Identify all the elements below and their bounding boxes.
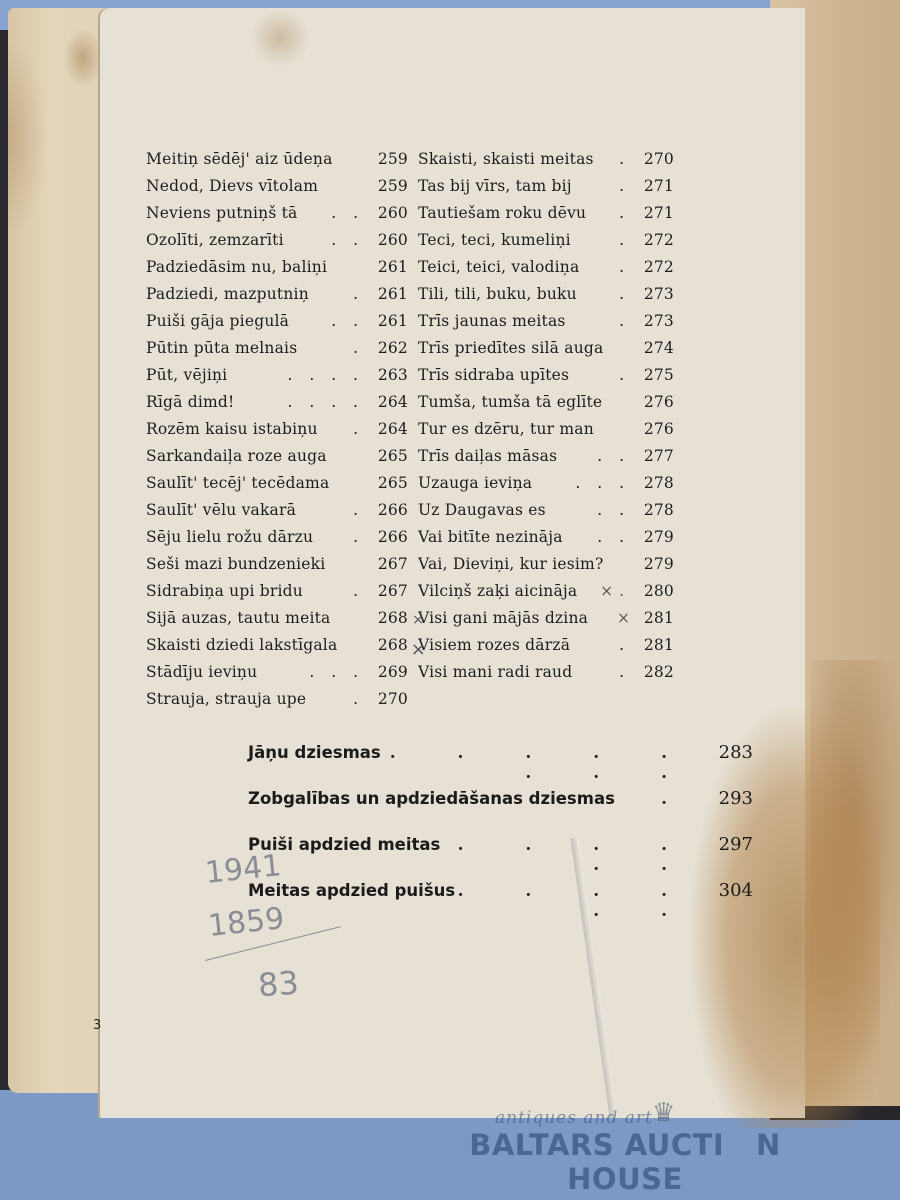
index-left-column: Meitiņ sēdēj' aiz ūdeņa259 Nedod, Dievs …: [146, 146, 408, 713]
entry-page: 265: [372, 443, 408, 470]
entry-page: 267: [372, 551, 408, 578]
index-entry: Trīs daiļas māsas. .277: [418, 443, 674, 470]
entry-page: 264: [372, 389, 408, 416]
entry-title: Trīs daiļas māsas: [418, 443, 589, 470]
index-entry: Sijā auzas, tautu meita268×: [146, 605, 408, 632]
entry-title: Uz Daugavas es: [418, 497, 589, 524]
entry-title: Padziedāsim nu, baliņi: [146, 254, 356, 281]
index-entry: Trīs jaunas meitas.273: [418, 308, 674, 335]
dot-leader: . .: [331, 227, 364, 254]
index-entry: Tumša, tumša tā eglīte276: [418, 389, 674, 416]
entry-page: 260: [372, 227, 408, 254]
entry-page: 279: [638, 551, 674, 578]
index-entry: Trīs sidraba upītes.275: [418, 362, 674, 389]
entry-page: 268: [372, 632, 408, 659]
entry-title: Tumša, tumša tā eglīte: [418, 389, 622, 416]
pencil-cross-mark: ×: [412, 607, 424, 634]
entry-title: Vai, Dieviņi, kur iesim?: [418, 551, 622, 578]
entry-title: Tur es dzēru, tur man: [418, 416, 622, 443]
entry-title: Sarkandaiļa roze auga: [146, 443, 356, 470]
entry-page: 267: [372, 578, 408, 605]
watermark-subtitle: antiques and art: [495, 1108, 653, 1128]
dot-leader: .: [619, 146, 630, 173]
entry-title: Tautiešam roku dēvu: [418, 200, 611, 227]
index-entry: Stādīju ieviņu. . .269: [146, 659, 408, 686]
index-entry: Vilciņš zaķi aicināja×.280: [418, 578, 674, 605]
index-entry: Vai bitīte nezināja. .279: [418, 524, 674, 551]
section-page: 304: [713, 880, 753, 901]
entry-title: Sijā auzas, tautu meita: [146, 605, 372, 632]
entry-page: 279: [638, 524, 674, 551]
dot-leader: .: [619, 362, 630, 389]
dot-leader: . .: [597, 443, 630, 470]
entry-page: 262: [372, 335, 408, 362]
entry-page: 264: [372, 416, 408, 443]
index-entry: Saulīt' tecēj' tecēdama265: [146, 470, 408, 497]
entry-page: 273: [638, 281, 674, 308]
index-entry: Sidrabiņa upi bridu.267: [146, 578, 408, 605]
entry-page: 272: [638, 254, 674, 281]
entry-title: Neviens putniņš tā: [146, 200, 323, 227]
entry-title: Padziedi, mazputniņ: [146, 281, 345, 308]
entry-title: Ozolīti, zemzarīti: [146, 227, 323, 254]
entry-page: 265: [372, 470, 408, 497]
entry-page: 278: [638, 470, 674, 497]
index-entry: Seši mazi bundzenieki267: [146, 551, 408, 578]
index-entry: Padziedāsim nu, baliņi261: [146, 254, 408, 281]
entry-page: 276: [638, 389, 674, 416]
index-entry: Skaisti, skaisti meitas.270: [418, 146, 674, 173]
index-entry: Rīgā dimd!. . . .264: [146, 389, 408, 416]
entry-page: 271: [638, 173, 674, 200]
dot-leader: . . . . . .: [440, 835, 713, 875]
index-entry: Tur es dzēru, tur man276: [418, 416, 674, 443]
section-entry: Puiši apdzied meitas. . . . . .297: [248, 834, 753, 880]
index-entry: Uz Daugavas es. .278: [418, 497, 674, 524]
entry-page: 272: [638, 227, 674, 254]
dot-leader: .: [353, 497, 364, 524]
entry-title: Vai bitīte nezināja: [418, 524, 589, 551]
entry-title: Vilciņš zaķi aicināja: [418, 578, 592, 605]
index-entry: Teci, teci, kumeliņi.272: [418, 227, 674, 254]
dot-leader: . . .: [309, 659, 364, 686]
section-entry: Zobgalības un apdziedāšanas dziesmas.293: [248, 788, 753, 834]
entry-title: Saulīt' vēlu vakarā: [146, 497, 345, 524]
entry-page: 273: [638, 308, 674, 335]
entry-page: 275: [638, 362, 674, 389]
index-entry: Rozēm kaisu istabiņu.264: [146, 416, 408, 443]
dot-leader: .: [619, 308, 630, 335]
dot-leader: . . . . . .: [455, 881, 713, 921]
entry-title: Pūtin pūta melnais: [146, 335, 345, 362]
index-right-column: Skaisti, skaisti meitas.270 Tas bij vīrs…: [418, 146, 674, 713]
section-page: 297: [713, 834, 753, 855]
entry-title: Teici, teici, valodiņa: [418, 254, 611, 281]
index-entry: Neviens putniņš tā. .260: [146, 200, 408, 227]
entry-page: 277: [638, 443, 674, 470]
section-title: Zobgalības un apdziedāšanas dziesmas: [248, 789, 615, 808]
dot-leader: . . . .: [288, 389, 365, 416]
section-index: Jāņu dziesmas. . . . . . . .283 Zobgalīb…: [248, 742, 753, 926]
entry-page: 270: [372, 686, 408, 713]
section-title: Jāņu dziesmas: [248, 743, 381, 762]
dot-leader: . .: [597, 524, 630, 551]
index-entry: Sēju lielu rožu dārzu.266: [146, 524, 408, 551]
entry-title: Visi gani mājās dzina: [418, 605, 615, 632]
entry-page: 270: [638, 146, 674, 173]
entry-page: 259: [372, 173, 408, 200]
entry-page: 263: [372, 362, 408, 389]
index-entry: Meitiņ sēdēj' aiz ūdeņa259: [146, 146, 408, 173]
entry-page: 278: [638, 497, 674, 524]
entry-page: 269: [372, 659, 408, 686]
index-entry: Nedod, Dievs vītolam259: [146, 173, 408, 200]
entry-title: Rīgā dimd!: [146, 389, 280, 416]
entry-page: 271: [638, 200, 674, 227]
section-page: 283: [713, 742, 753, 763]
crown-icon: ♛: [652, 1098, 675, 1128]
edge-page-number: 3: [93, 1018, 101, 1033]
pencil-note: 83: [257, 964, 300, 1005]
entry-title: Skaisti, skaisti meitas: [418, 146, 611, 173]
entry-title: Seši mazi bundzenieki: [146, 551, 356, 578]
entry-title: Sēju lielu rožu dārzu: [146, 524, 345, 551]
index-entry: Saulīt' vēlu vakarā.266: [146, 497, 408, 524]
entry-title: Trīs sidraba upītes: [418, 362, 611, 389]
entry-page: 281: [638, 632, 674, 659]
dot-leader: . . . . . . . .: [381, 743, 713, 783]
entry-title: Rozēm kaisu istabiņu: [146, 416, 345, 443]
index-entry: Sarkandaiļa roze auga265: [146, 443, 408, 470]
section-entry: Jāņu dziesmas. . . . . . . .283: [248, 742, 753, 788]
index-entry: Trīs priedītes silā auga274: [418, 335, 674, 362]
dot-leader: .: [353, 335, 364, 362]
section-entry: Meitas apdzied puišus. . . . . .304: [248, 880, 753, 926]
entry-page: 266: [372, 524, 408, 551]
index-entry: Pūt, vējiņi. . . .263: [146, 362, 408, 389]
index-entry: Ozolīti, zemzarīti. .260: [146, 227, 408, 254]
index-entry: Pūtin pūta melnais.262: [146, 335, 408, 362]
dot-leader: . .: [331, 200, 364, 227]
entry-title: Sidrabiņa upi bridu: [146, 578, 345, 605]
dot-leader: .: [353, 416, 364, 443]
entry-title: Trīs priedītes silā auga: [418, 335, 622, 362]
index-entry: Padziedi, mazputniņ.261: [146, 281, 408, 308]
index-entry: Strauja, strauja upe.270: [146, 686, 408, 713]
entry-title: Uzauga ieviņa: [418, 470, 567, 497]
index-entry: Puiši gāja piegulā. .261: [146, 308, 408, 335]
entry-page: 266: [372, 497, 408, 524]
pencil-cross-mark: ×.: [600, 578, 630, 605]
entry-page: 259: [372, 146, 408, 173]
water-stain: [250, 8, 310, 68]
entry-page: 274: [638, 335, 674, 362]
index-entry: Tas bij vīrs, tam bij.271: [418, 173, 674, 200]
entry-page: 261: [372, 281, 408, 308]
dot-leader: .: [353, 281, 364, 308]
section-page: 293: [713, 788, 753, 809]
entry-page: 280: [638, 578, 674, 605]
dot-leader: .: [619, 659, 630, 686]
entry-title: Visi mani radi raud: [418, 659, 611, 686]
entry-title: Saulīt' tecēj' tecēdama: [146, 470, 356, 497]
index-entry: Visiem rozes dārzā.281: [418, 632, 674, 659]
index-entry: Vai, Dieviņi, kur iesim?279: [418, 551, 674, 578]
dot-leader: .: [619, 632, 630, 659]
dot-leader: .: [619, 227, 630, 254]
dot-leader: .: [353, 686, 364, 713]
entry-page: 261: [372, 254, 408, 281]
pencil-cross-mark: ×: [411, 636, 426, 663]
entry-title: Strauja, strauja upe: [146, 686, 345, 713]
entry-title: Teci, teci, kumeliņi: [418, 227, 611, 254]
entry-title: Pūt, vējiņi: [146, 362, 280, 389]
entry-title: Tili, tili, buku, buku: [418, 281, 611, 308]
section-title: Meitas apdzied puišus: [248, 881, 455, 900]
dot-leader: . . . .: [288, 362, 365, 389]
dot-leader: . .: [597, 497, 630, 524]
index-entry: Tili, tili, buku, buku.273: [418, 281, 674, 308]
entry-page: 276: [638, 416, 674, 443]
dot-leader: . .: [331, 308, 364, 335]
entry-title: Nedod, Dievs vītolam: [146, 173, 356, 200]
entry-page: 281: [638, 605, 674, 632]
dot-leader: .: [619, 173, 630, 200]
entry-page: 282: [638, 659, 674, 686]
index-entry: Uzauga ieviņa. . .278: [418, 470, 674, 497]
index-entry: Tautiešam roku dēvu.271: [418, 200, 674, 227]
entry-page: 260: [372, 200, 408, 227]
index-entry: Teici, teici, valodiņa.272: [418, 254, 674, 281]
entry-title: Skaisti dziedi lakstīgala: [146, 632, 372, 659]
entry-title: Trīs jaunas meitas: [418, 308, 611, 335]
entry-title: Meitiņ sēdēj' aiz ūdeņa: [146, 146, 356, 173]
dot-leader: .: [615, 789, 713, 809]
dot-leader: .: [619, 200, 630, 227]
entry-title: Tas bij vīrs, tam bij: [418, 173, 611, 200]
entry-page: 261: [372, 308, 408, 335]
dot-leader: .: [353, 524, 364, 551]
entry-title: Puiši gāja piegulā: [146, 308, 323, 335]
pencil-cross-mark: ×: [617, 605, 636, 632]
dot-leader: .: [353, 578, 364, 605]
index-entry: Skaisti dziedi lakstīgala268×: [146, 632, 408, 659]
index-entry: Visi mani radi raud.282: [418, 659, 674, 686]
song-index: Meitiņ sēdēj' aiz ūdeņa259 Nedod, Dievs …: [146, 146, 766, 713]
entry-title: Stādīju ieviņu: [146, 659, 301, 686]
dot-leader: .: [619, 281, 630, 308]
entry-page: 268: [372, 605, 408, 632]
entry-title: Visiem rozes dārzā: [418, 632, 611, 659]
auction-house-watermark: ♛ antiques and art BALTARS AUCTI N HOUSE: [420, 1100, 830, 1170]
dot-leader: .: [619, 254, 630, 281]
watermark-title: BALTARS AUCTI N HOUSE: [420, 1128, 830, 1196]
dot-leader: . . .: [575, 470, 630, 497]
index-entry: Visi gani mājās dzina×281: [418, 605, 674, 632]
